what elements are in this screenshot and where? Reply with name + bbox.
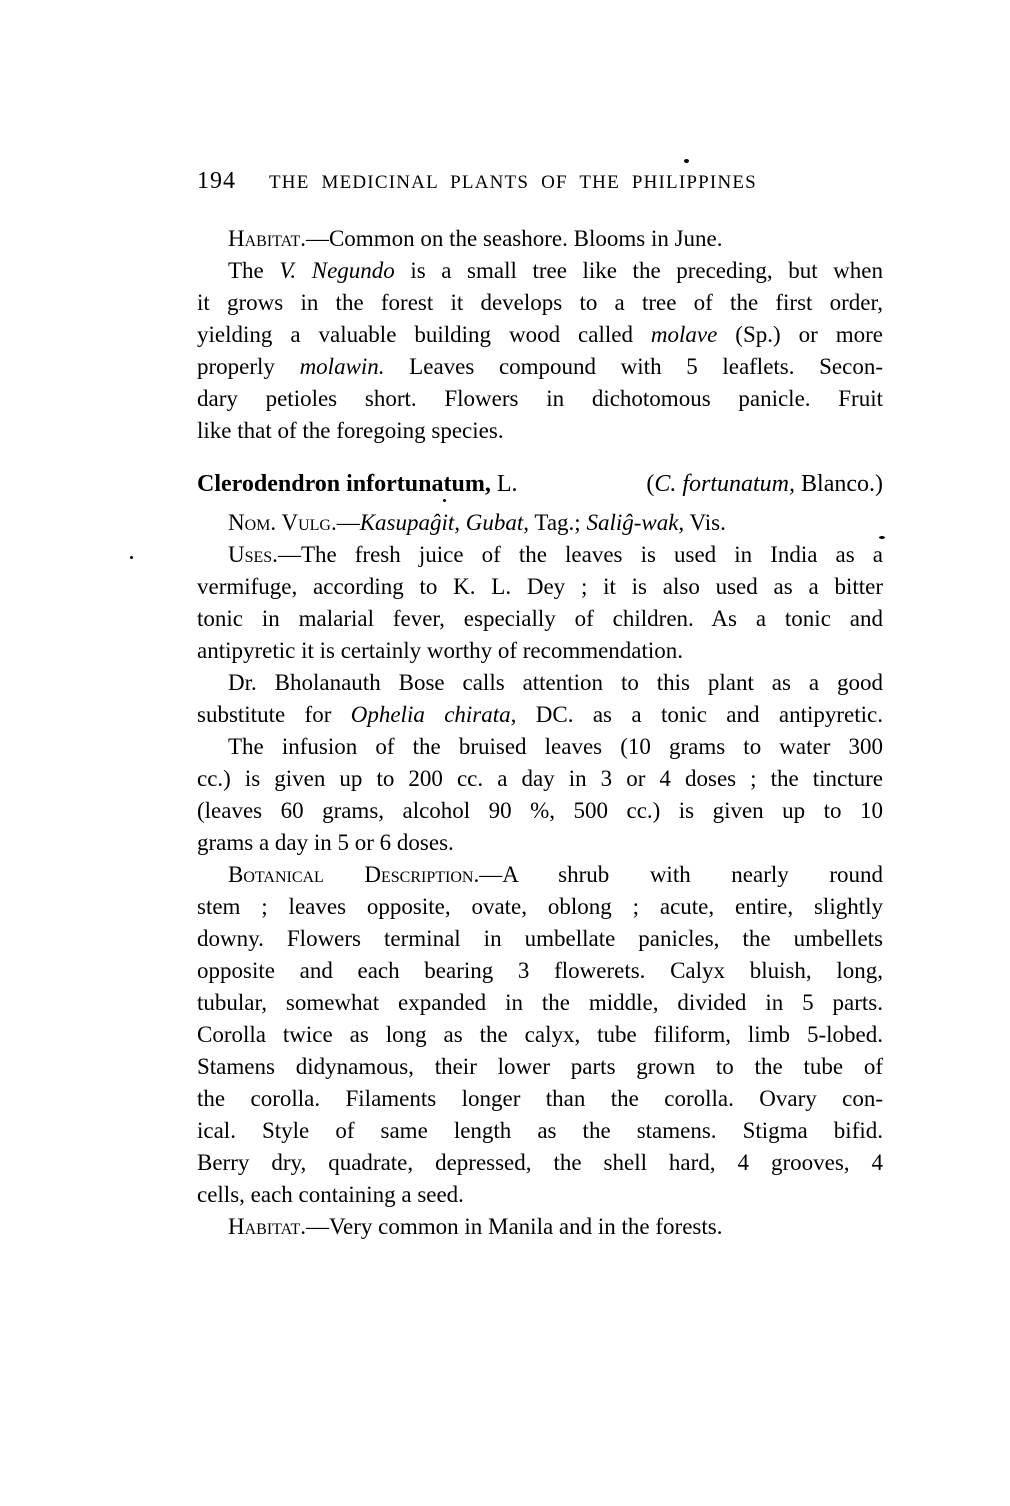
text-line: downy. Flowers terminal in umbellate pan… [197,923,883,955]
text-line: properly molawin. Leaves compound with 5… [197,351,883,383]
text-line: vermifuge, according to K. L. Dey ; it i… [197,571,883,603]
text-segment: Botanical Description. [228,862,479,887]
text-segment: grams a day in 5 or 6 doses. [197,830,454,855]
scan-artifact-dot [684,159,689,163]
infusion-dosage: The infusion of the bruised leaves (10 g… [197,731,883,859]
text-segment: Saliĝ-wak, [586,510,684,535]
habitat-clerodendron: Habitat.—Very common in Manila and in th… [197,1211,883,1243]
text-segment: it grows in the forest it develops to a … [197,290,883,315]
text-segment: antipyretic it is certainly worthy of re… [197,638,683,663]
text-segment: substitute for [197,702,351,727]
text-line: Dr. Bholanauth Bose calls attention to t… [197,667,883,699]
text-line: stem ; leaves opposite, ovate, oblong ; … [197,891,883,923]
text-segment: Habitat. [228,1214,306,1239]
text-line: Corolla twice as long as the calyx, tube… [197,1019,883,1051]
page-number: 194 [197,167,236,195]
text-line: the corolla. Filaments longer than the c… [197,1083,883,1115]
text-segment: Uses. [228,542,278,567]
text-line: Stamens didynamous, their lower parts gr… [197,1051,883,1083]
text-segment: Habitat. [228,226,306,251]
text-segment: — [337,510,360,535]
scan-artifact-dot [443,499,446,502]
running-header: 194 THE MEDICINAL PLANTS OF THE PHILIPPI… [197,167,883,197]
text-line: like that of the foregoing species. [197,415,883,447]
text-segment: like that of the foregoing species. [197,418,504,443]
text-segment: tonic in malarial fever, especially of c… [197,606,883,631]
botanical-description: Botanical Description.—A shrub with near… [197,859,883,1211]
text-line: (leaves 60 grams, alcohol 90 %, 500 cc.)… [197,795,883,827]
text-line: Uses.—The fresh juice of the leaves is u… [197,539,883,571]
scan-artifact-dot [879,536,885,539]
negundo-description: The V. Negundo is a small tree like the … [197,255,883,447]
text-segment: Kasupaĝit, Gubat, [360,510,529,535]
text-segment: opposite and each bearing 3 flowerets. C… [197,958,883,983]
text-line: Botanical Description.—A shrub with near… [197,859,883,891]
text-segment: Corolla twice as long as the calyx, tube… [197,1022,883,1047]
text-segment: vermifuge, according to K. L. Dey ; it i… [197,574,883,599]
text-line: Nom. Vulg.—Kasupaĝit, Gubat, Tag.; Saliĝ… [197,507,883,539]
text-segment: dary petioles short. Flowers in dichotom… [197,386,883,411]
text-segment: C. fortunatum, [654,471,795,497]
text-segment: DC. as a tonic and antipyretic. [516,702,883,727]
text-segment: —Common on the seashore. Blooms in June. [306,226,723,251]
text-segment: cells, each containing a seed. [197,1182,464,1207]
text-line: Habitat.—Common on the seashore. Blooms … [197,223,883,255]
text-line: yielding a valuable building wood called… [197,319,883,351]
uses: Uses.—The fresh juice of the leaves is u… [197,539,883,667]
bholanauth-bose: Dr. Bholanauth Bose calls attention to t… [197,667,883,731]
text-line: Habitat.—Very common in Manila and in th… [197,1211,883,1243]
text-line: antipyretic it is certainly worthy of re… [197,635,883,667]
text-line: tonic in malarial fever, especially of c… [197,603,883,635]
text-segment: (Sp.) or more [717,322,883,347]
species-heading: Clerodendron infortunatum, L.(C. fortuna… [197,468,883,500]
text-segment: —A shrub with nearly round [479,862,883,887]
text-segment: L. [491,471,518,497]
species-synonym: (C. fortunatum, Blanco.) [646,468,883,500]
text-segment: Tag.; [529,510,586,535]
text-segment: Ophelia chirata, [351,702,517,727]
text-line: dary petioles short. Flowers in dichotom… [197,383,883,415]
text-segment: —Very common in Manila and in the forest… [306,1214,722,1239]
text-segment: The [228,258,279,283]
text-segment: molave [651,322,717,347]
species-name: Clerodendron infortunatum, L. [197,468,517,500]
text-line: cc.) is given up to 200 cc. a day in 3 o… [197,763,883,795]
text-segment: ical. Style of same length as the stamen… [197,1118,883,1143]
text-segment: Berry dry, quadrate, depressed, the shel… [197,1150,883,1175]
text-segment: Stamens didynamous, their lower parts gr… [197,1054,883,1079]
text-block: 194 THE MEDICINAL PLANTS OF THE PHILIPPI… [197,167,883,1243]
text-segment: the corolla. Filaments longer than the c… [197,1086,883,1111]
text-segment: stem ; leaves opposite, ovate, oblong ; … [197,894,883,919]
text-line: ical. Style of same length as the stamen… [197,1115,883,1147]
text-line: cells, each containing a seed. [197,1179,883,1211]
text-segment: molawin. [300,354,385,379]
text-segment: —The fresh juice of the leaves is used i… [278,542,883,567]
text-segment: V. Negundo [279,258,394,283]
text-line: The V. Negundo is a small tree like the … [197,255,883,287]
text-segment: Vis. [684,510,726,535]
text-segment: Leaves compound with 5 leaflets. Secon- [385,354,883,379]
text-line: it grows in the forest it develops to a … [197,287,883,319]
text-segment: is a small tree like the preceding, but … [395,258,883,283]
text-line: opposite and each bearing 3 flowerets. C… [197,955,883,987]
text-segment: (leaves 60 grams, alcohol 90 %, 500 cc.)… [197,798,883,823]
text-segment: Blanco.) [795,471,883,497]
scan-artifact-dot [130,556,133,559]
text-segment: yielding a valuable building wood called [197,322,651,347]
nom-vulg: Nom. Vulg.—Kasupaĝit, Gubat, Tag.; Saliĝ… [197,507,883,539]
text-line: grams a day in 5 or 6 doses. [197,827,883,859]
text-segment: Dr. Bholanauth Bose calls attention to t… [228,670,883,695]
book-page: 194 THE MEDICINAL PLANTS OF THE PHILIPPI… [0,0,1010,1506]
page-text: Habitat.—Common on the seashore. Blooms … [197,223,883,1243]
text-segment: cc.) is given up to 200 cc. a day in 3 o… [197,766,883,791]
text-segment: Clerodendron infortunatum, [197,471,491,497]
running-header-title: THE MEDICINAL PLANTS OF THE PHILIPPINES [269,169,757,197]
text-line: Berry dry, quadrate, depressed, the shel… [197,1147,883,1179]
text-line: tubular, somewhat expanded in the middle… [197,987,883,1019]
habitat-vitex: Habitat.—Common on the seashore. Blooms … [197,223,883,255]
text-segment: properly [197,354,300,379]
text-segment: The infusion of the bruised leaves (10 g… [228,734,883,759]
text-segment: downy. Flowers terminal in umbellate pan… [197,926,883,951]
text-line: The infusion of the bruised leaves (10 g… [197,731,883,763]
text-line: substitute for Ophelia chirata, DC. as a… [197,699,883,731]
text-segment: Nom. Vulg. [228,510,337,535]
text-segment: tubular, somewhat expanded in the middle… [197,990,883,1015]
